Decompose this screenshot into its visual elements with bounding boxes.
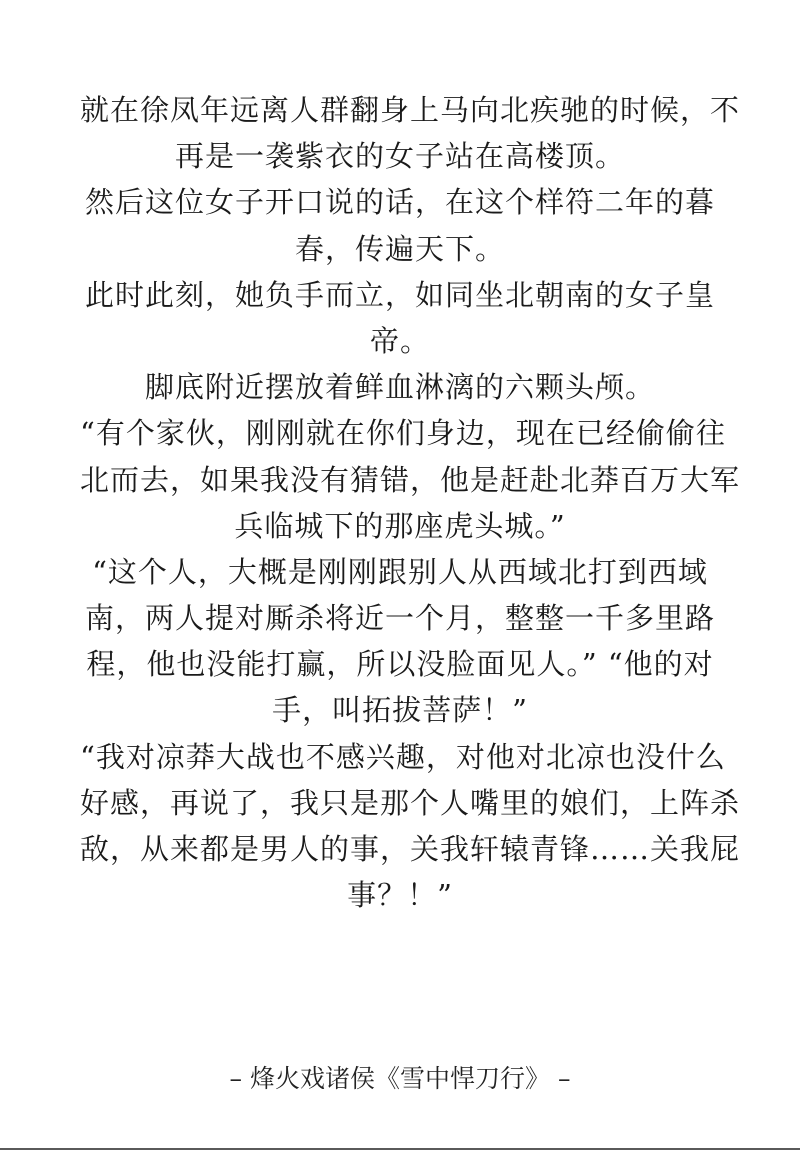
text-line: 手，叫拓拔菩萨！” [80, 687, 720, 733]
text-line: 北而去，如果我没有猜错，他是赶赴北莽百万大军 [80, 457, 720, 503]
text-line: “有个家伙，刚刚就在你们身边，现在已经偷偷往 [80, 410, 720, 456]
text-line: “我对凉莽大战也不感兴趣，对他对北凉也没什么 [80, 734, 720, 780]
attribution-footer: – 烽火戏诸侯《雪中悍刀行》 – [0, 1062, 800, 1096]
text-line: 事？！” [80, 872, 720, 918]
text-line: 就在徐凤年远离人群翻身上马向北疾驰的时候，不 [80, 87, 720, 133]
text-line: 南，两人提对厮杀将近一个月，整整一千多里路 [80, 595, 720, 641]
document-page: 就在徐凤年远离人群翻身上马向北疾驰的时候，不 再是一袭紫衣的女子站在高楼顶。 然… [0, 0, 800, 1150]
text-line: 此时此刻，她负手而立，如同坐北朝南的女子皇 [80, 272, 720, 318]
text-line: 兵临城下的那座虎头城。” [80, 503, 720, 549]
text-line: 敌，从来都是男人的事，关我轩辕青锋……关我屁 [80, 826, 720, 872]
text-line: 然后这位女子开口说的话，在这个样符二年的暮 [80, 179, 720, 225]
text-line: 帝。 [80, 318, 720, 364]
text-line: 再是一袭紫衣的女子站在高楼顶。 [80, 133, 720, 179]
text-line: 好感，再说了，我只是那个人嘴里的娘们，上阵杀 [80, 780, 720, 826]
text-line: 程，他也没能打赢，所以没脸面见人。” “他的对 [80, 641, 720, 687]
text-line: 春，传遍天下。 [80, 226, 720, 272]
text-line: 脚底附近摆放着鲜血淋漓的六颗头颅。 [80, 364, 720, 410]
passage-text: 就在徐凤年远离人群翻身上马向北疾驰的时候，不 再是一袭紫衣的女子站在高楼顶。 然… [80, 87, 720, 918]
text-line: “这个人，大概是刚刚跟别人从西域北打到西域 [80, 549, 720, 595]
